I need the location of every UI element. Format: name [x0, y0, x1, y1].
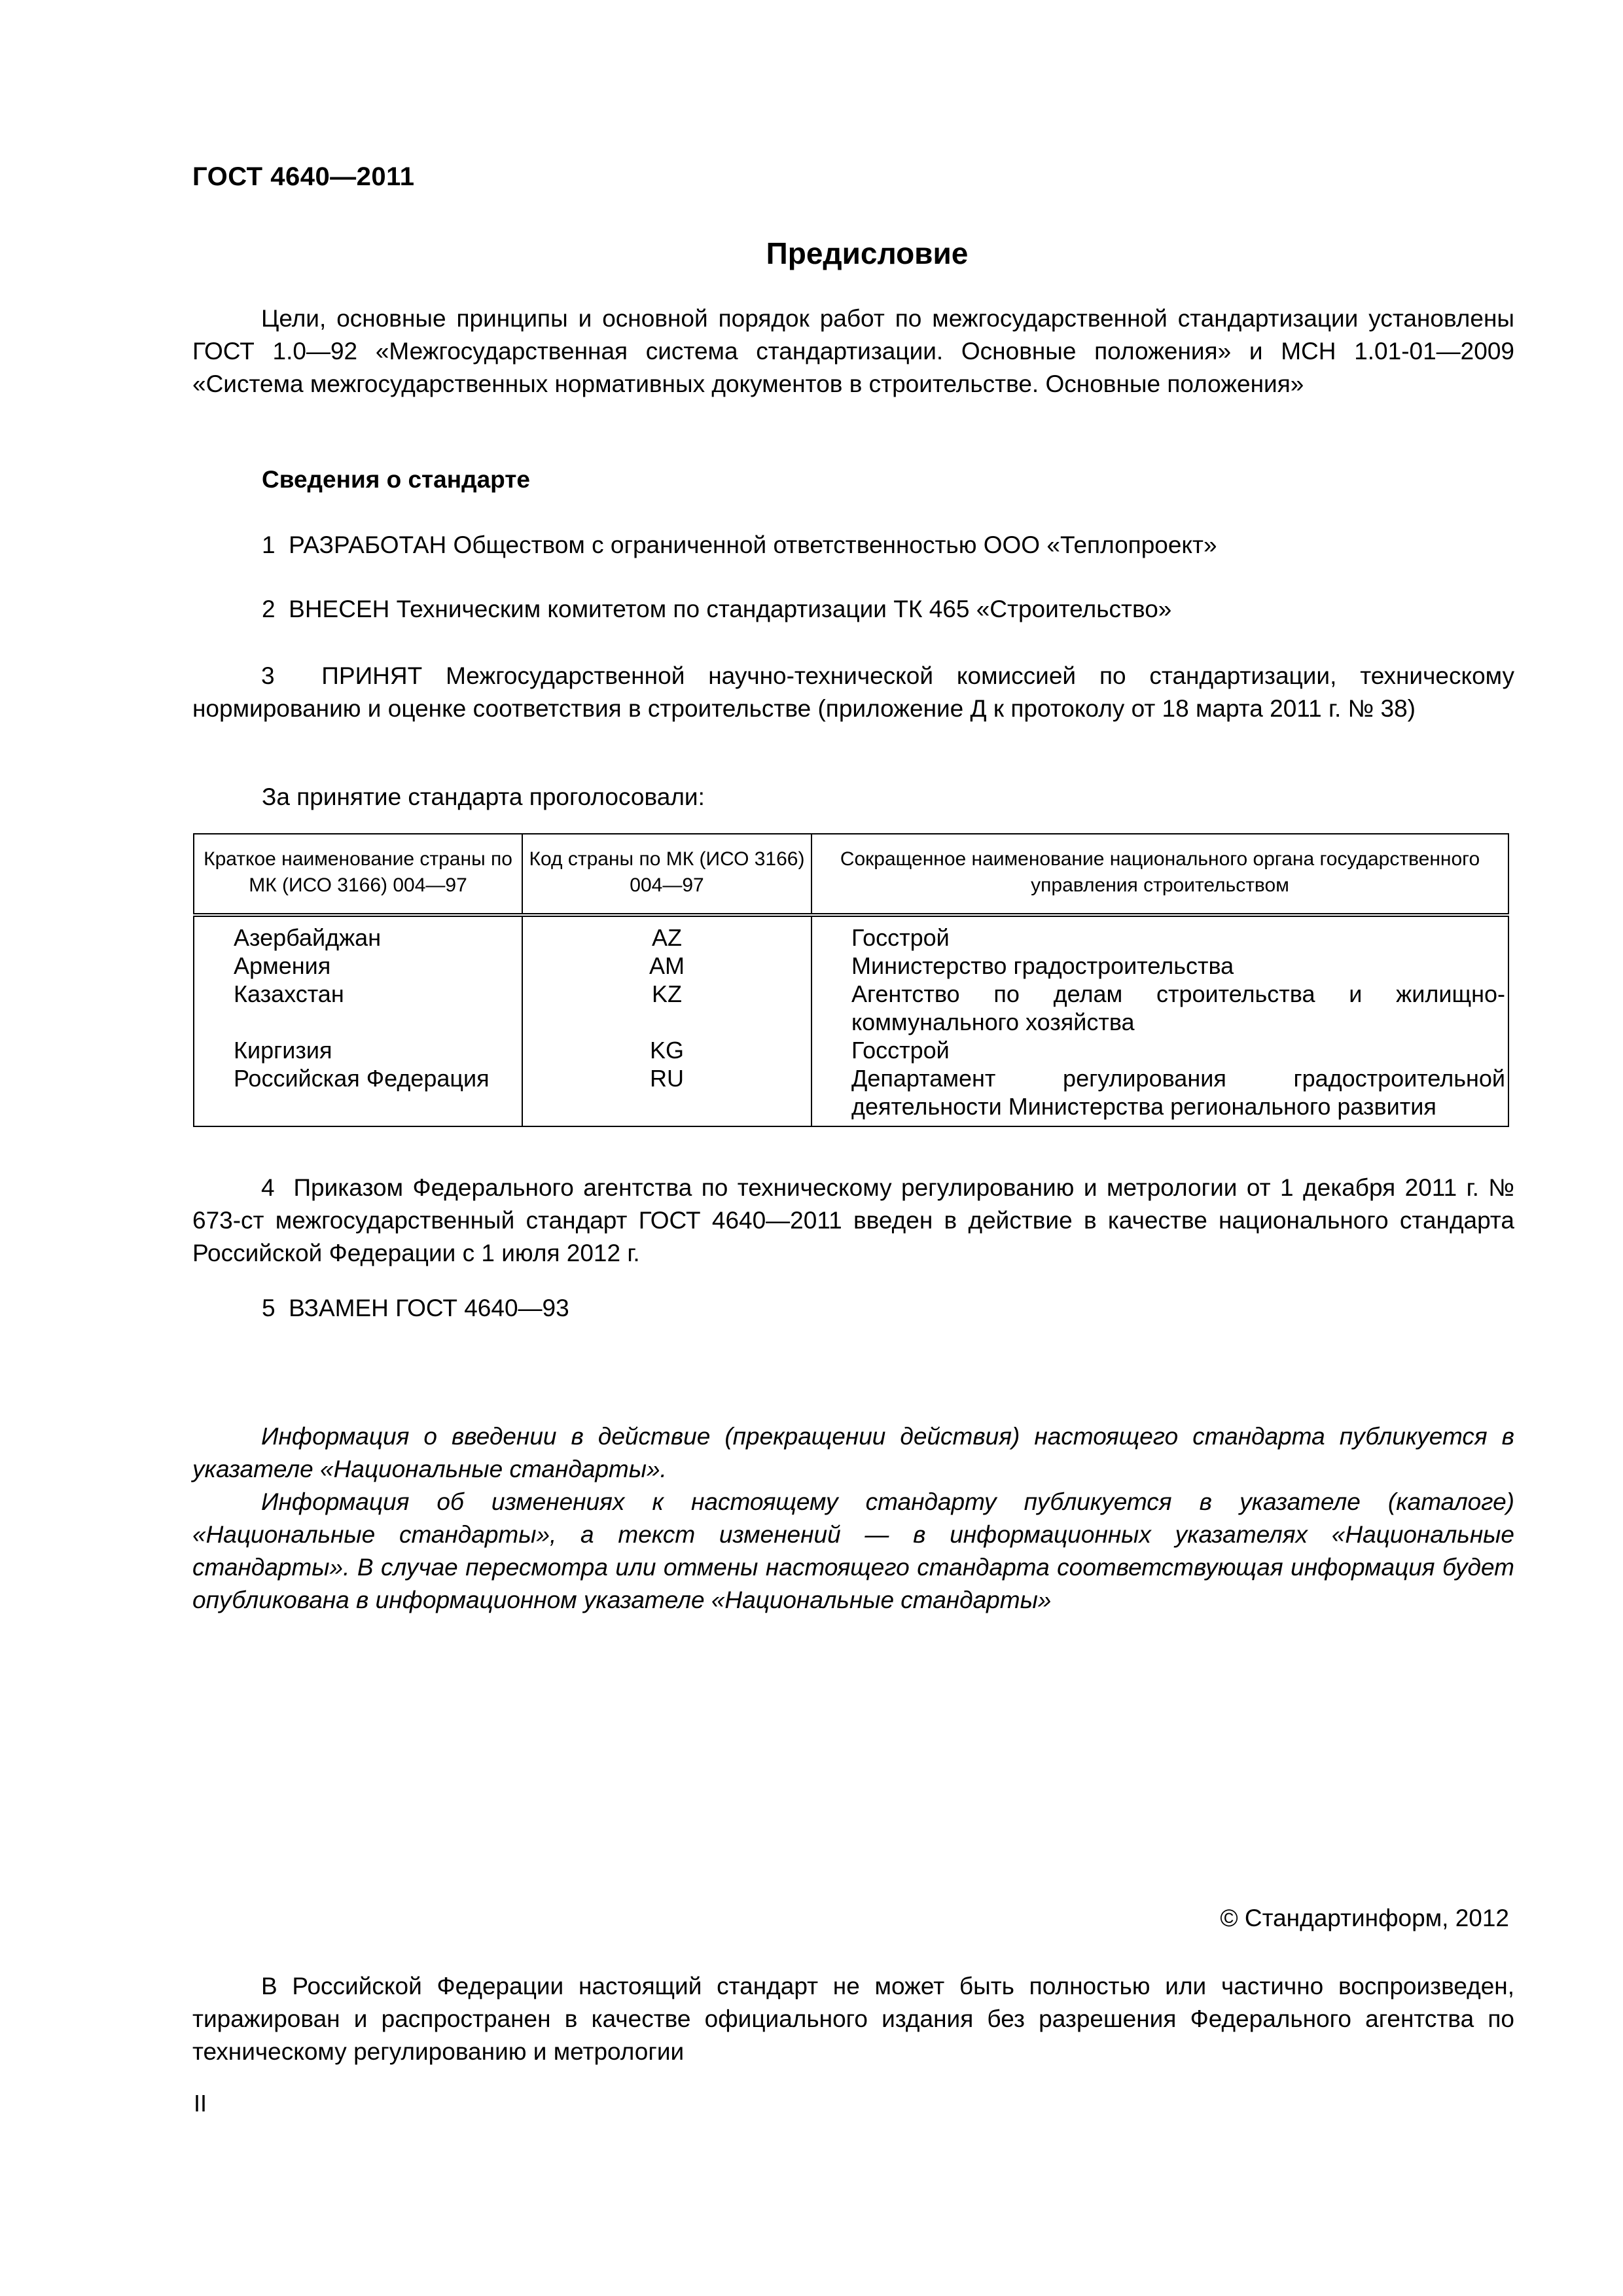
rights-notice-text: В Российской Федерации настоящий стандар… [192, 1973, 1514, 2065]
table-row: Армения AM Министерство градостроительст… [194, 952, 1508, 980]
table-row: Российская Федерация RU Департамент регу… [194, 1064, 1508, 1126]
info-note-text: Информация об изменениях к настоящему ст… [192, 1488, 1514, 1613]
item-text: ВЗАМЕН ГОСТ 4640—93 [289, 1295, 569, 1321]
cell-code: AM [522, 952, 811, 980]
item-text: РАЗРАБОТАН Обществом с ограниченной отве… [289, 531, 1217, 558]
table-header-row: Краткое наименование страны по МК (ИСО 3… [194, 834, 1508, 915]
rights-notice: В Российской Федерации настоящий стандар… [192, 1970, 1514, 2068]
item-number: 3 [261, 662, 275, 689]
col-header-body: Сокращенное наименование национального о… [811, 834, 1508, 915]
item-number: 5 [262, 1295, 276, 1321]
page-title: Предисловие [0, 236, 1623, 271]
item-text: ВНЕСЕН Техническим комитетом по стандарт… [289, 596, 1171, 622]
cell-country: Российская Федерация [194, 1064, 522, 1126]
cell-country: Азербайджан [194, 915, 522, 952]
item-3: 3 ПРИНЯТ Межгосударственной научно-техни… [192, 660, 1514, 725]
cell-country: Армения [194, 952, 522, 980]
section-title: Сведения о стандарте [262, 466, 530, 493]
col-header-country: Краткое наименование страны по МК (ИСО 3… [194, 834, 522, 915]
cell-code: KG [522, 1036, 811, 1064]
table-row: Киргизия KG Госстрой [194, 1036, 1508, 1064]
info-note-text: Информация о введении в действие (прекра… [192, 1423, 1514, 1482]
info-note-1: Информация о введении в действие (прекра… [192, 1420, 1514, 1486]
standard-header: ГОСТ 4640—2011 [192, 162, 414, 192]
cell-country: Киргизия [194, 1036, 522, 1064]
item-5: 5 ВЗАМЕН ГОСТ 4640—93 [262, 1295, 569, 1322]
cell-country: Казахстан [194, 980, 522, 1036]
cell-code: KZ [522, 980, 811, 1036]
intro-text: Цели, основные принципы и основной поряд… [192, 305, 1514, 397]
item-1: 1 РАЗРАБОТАН Обществом с ограниченной от… [262, 531, 1217, 559]
cell-body: Агентство по делам строительства и жилищ… [811, 980, 1508, 1036]
page-number: II [194, 2090, 207, 2117]
cell-body: Госстрой [811, 915, 1508, 952]
cell-code: RU [522, 1064, 811, 1126]
item-4: 4 Приказом Федерального агентства по тех… [192, 1172, 1514, 1270]
table-row: Казахстан KZ Агентство по делам строител… [194, 980, 1508, 1036]
document-page: ГОСТ 4640—2011 Предисловие Цели, основны… [0, 0, 1623, 2296]
item-number: 4 [261, 1174, 275, 1201]
col-header-code: Код страны по МК (ИСО 3166) 004—97 [522, 834, 811, 915]
table-row: Азербайджан AZ Госстрой [194, 915, 1508, 952]
cell-body: Департамент регулирования градостроитель… [811, 1064, 1508, 1126]
cell-body: Министерство градостроительства [811, 952, 1508, 980]
cell-body: Госстрой [811, 1036, 1508, 1064]
item-number: 2 [262, 596, 276, 622]
item-2: 2 ВНЕСЕН Техническим комитетом по станда… [262, 596, 1171, 623]
intro-paragraph: Цели, основные принципы и основной поряд… [192, 302, 1514, 401]
item-number: 1 [262, 531, 276, 558]
cell-code: AZ [522, 915, 811, 952]
item-text: Приказом Федерального агентства по техни… [192, 1174, 1514, 1266]
info-note-2: Информация об изменениях к настоящему ст… [192, 1486, 1514, 1617]
item-text: ПРИНЯТ Межгосударственной научно-техниче… [192, 662, 1514, 722]
copyright: © Стандартинформ, 2012 [1220, 1905, 1509, 1932]
voted-label: За принятие стандарта проголосовали: [262, 783, 705, 811]
voting-table: Краткое наименование страны по МК (ИСО 3… [193, 833, 1509, 1127]
